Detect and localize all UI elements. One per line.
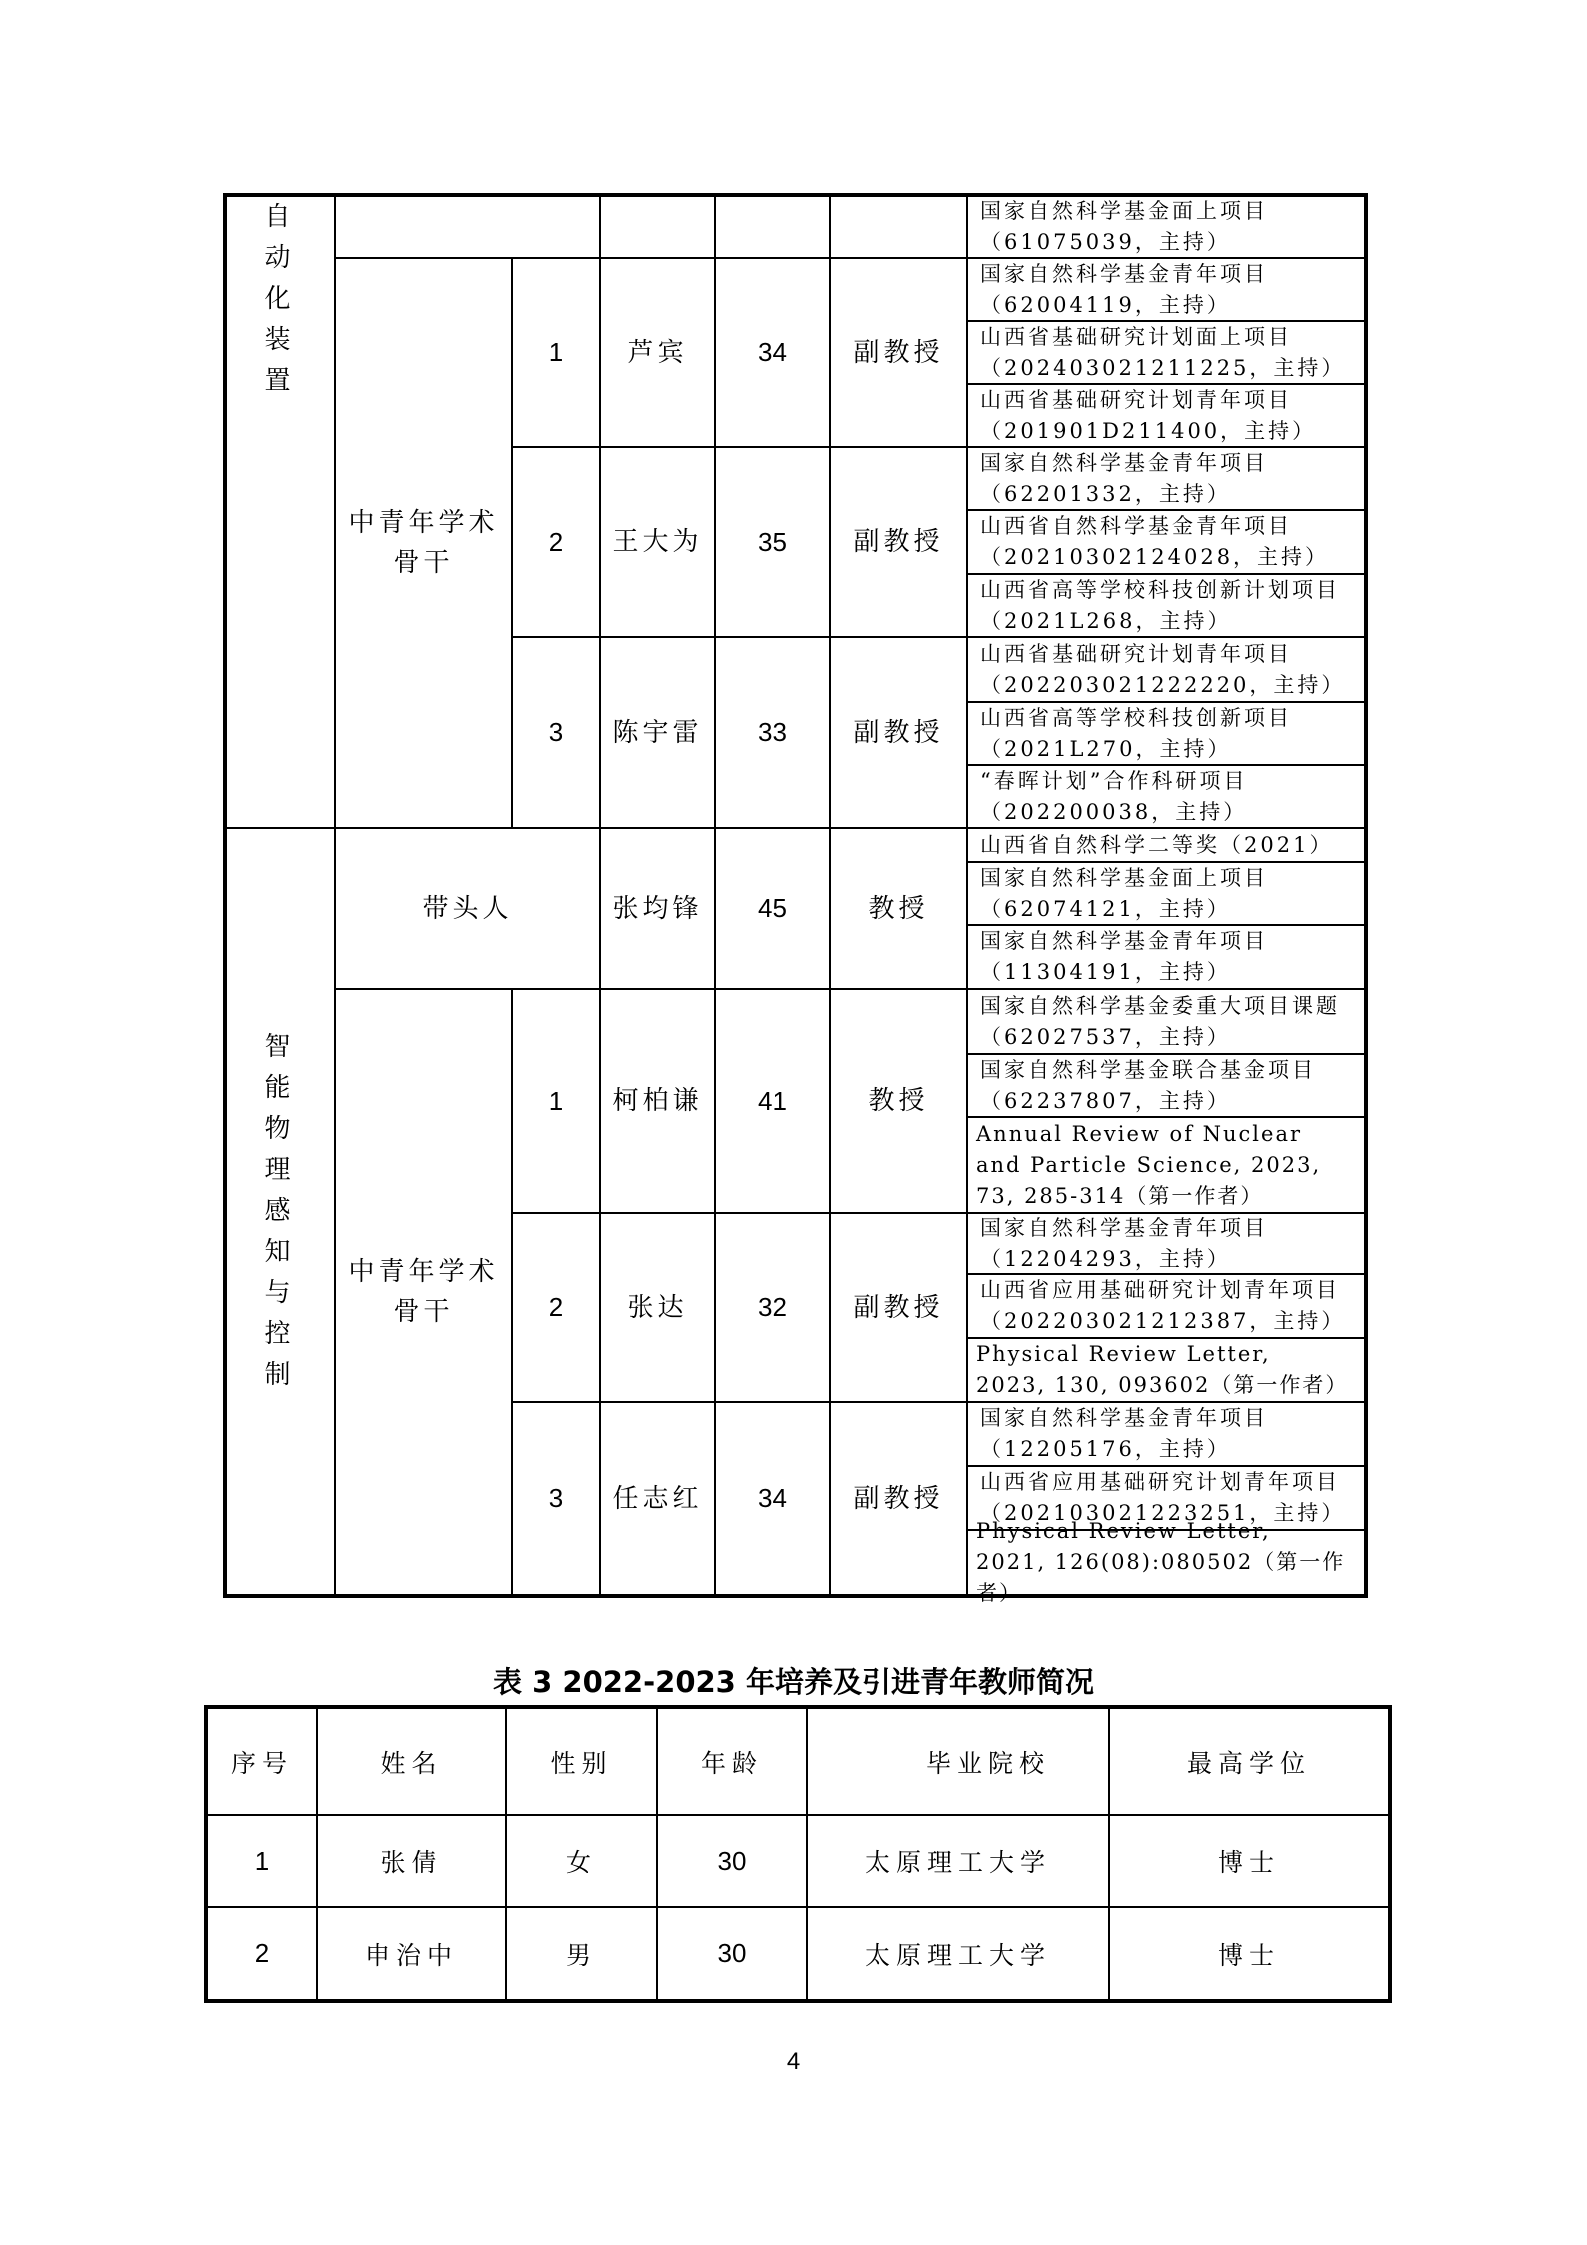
achievement-text: 国家自然科学基金青年项目（62004119，主持） xyxy=(980,259,1348,321)
column-header: 最高学位 xyxy=(1110,1709,1388,1814)
leader-age: 45 xyxy=(716,829,829,988)
achievement-cell: 山西省自然科学二等奖（2021） xyxy=(968,829,1360,861)
cell-school: 太原理工大学 xyxy=(808,1816,1108,1906)
role-label-text: 中青年学术骨干 xyxy=(349,503,499,583)
leader-title: 教授 xyxy=(831,829,966,988)
member-no: 1 xyxy=(513,990,599,1212)
cell-name: 申治中 xyxy=(318,1908,505,1999)
cell-gender: 女 xyxy=(507,1816,656,1906)
member-name: 王大为 xyxy=(601,448,714,636)
achievement-text: 国家自然科学基金委重大项目课题（62027537，主持） xyxy=(980,991,1348,1053)
member-no: 2 xyxy=(513,448,599,636)
achievement-text: 国家自然科学基金面上项目（61075039，主持） xyxy=(980,196,1348,258)
member-age: 34 xyxy=(716,259,829,446)
achievement-cell: Physical Review Letter, 2021, 126(08):08… xyxy=(966,1531,1360,1594)
achievement-text: 山西省高等学校科技创新项目（2021L270，主持） xyxy=(980,703,1348,765)
member-title: 副教授 xyxy=(831,638,966,827)
achievement-text: 国家自然科学基金青年项目（12204293，主持） xyxy=(980,1213,1348,1275)
achievement-cell: 山西省基础研究计划面上项目（202403021211225，主持） xyxy=(968,322,1360,383)
achievement-cell: 国家自然科学基金面上项目（61075039，主持） xyxy=(968,197,1360,257)
column-header: 序号 xyxy=(208,1709,316,1814)
achievement-cell: 山西省高等学校科技创新计划项目（2021L268，主持） xyxy=(968,575,1360,636)
achievement-text: 国家自然科学基金青年项目（11304191，主持） xyxy=(980,926,1348,988)
member-no: 3 xyxy=(513,1403,599,1594)
table-caption: 表 3 2022-2023 年培养及引进青年教师简况 xyxy=(0,1660,1587,1701)
achievement-cell: 国家自然科学基金青年项目（62201332，主持） xyxy=(968,448,1360,509)
achievement-text: 国家自然科学基金面上项目（62074121，主持） xyxy=(980,863,1348,925)
member-name: 陈宇雷 xyxy=(601,638,714,827)
member-age: 32 xyxy=(716,1214,829,1401)
member-no: 3 xyxy=(513,638,599,827)
member-title: 副教授 xyxy=(831,259,966,446)
achievement-cell: 山西省基础研究计划青年项目（202203021222220，主持） xyxy=(968,638,1360,701)
member-age: 33 xyxy=(716,638,829,827)
achievement-cell: 山西省自然科学基金青年项目（20210302124028，主持） xyxy=(968,511,1360,573)
member-name: 芦宾 xyxy=(601,259,714,446)
cell-school: 太原理工大学 xyxy=(808,1908,1108,1999)
achievement-cell: 山西省基础研究计划青年项目（201901D211400，主持） xyxy=(968,385,1360,446)
cell-gender: 男 xyxy=(507,1908,656,1999)
achievement-text: 山西省自然科学二等奖（2021） xyxy=(980,830,1333,861)
achievement-text: 国家自然科学基金联合基金项目（62237807，主持） xyxy=(980,1055,1348,1117)
role-label: 中青年学术骨干 xyxy=(336,259,511,827)
achievement-text: 山西省基础研究计划青年项目（201901D211400，主持） xyxy=(980,385,1348,447)
group-label: 智能物理感知与控制 xyxy=(227,829,334,1594)
role-label: 带头人 xyxy=(336,829,599,988)
achievement-text: “春晖计划”合作科研项目（202200038，主持） xyxy=(980,766,1348,828)
group-name: 智能物理感知与控制 xyxy=(251,1027,311,1396)
achievement-cell: 国家自然科学基金联合基金项目（62237807，主持） xyxy=(968,1055,1360,1116)
member-no: 1 xyxy=(513,259,599,446)
achievement-cell: 国家自然科学基金青年项目（62004119，主持） xyxy=(968,259,1360,320)
member-no: 2 xyxy=(513,1214,599,1401)
member-name: 张达 xyxy=(601,1214,714,1401)
achievement-cell: 国家自然科学基金面上项目（62074121，主持） xyxy=(968,863,1360,924)
member-name: 任志红 xyxy=(601,1403,714,1594)
achievement-cell: 国家自然科学基金委重大项目课题（62027537，主持） xyxy=(968,990,1360,1053)
achievement-text: 山西省高等学校科技创新计划项目（2021L268，主持） xyxy=(980,575,1348,637)
role-label: 中青年学术骨干 xyxy=(336,990,511,1594)
member-title: 教授 xyxy=(831,990,966,1212)
page-number: 4 xyxy=(0,2048,1587,2076)
cell-degree: 博士 xyxy=(1110,1816,1388,1906)
role-label-text: 中青年学术骨干 xyxy=(349,1252,499,1332)
achievement-cell: 国家自然科学基金青年项目（12205176，主持） xyxy=(968,1403,1360,1465)
cell-degree: 博士 xyxy=(1110,1908,1388,1999)
cell-serial: 1 xyxy=(208,1816,316,1906)
member-title: 副教授 xyxy=(831,448,966,636)
column-header: 性别 xyxy=(507,1709,656,1814)
cell-age: 30 xyxy=(658,1816,806,1906)
column-header: 年龄 xyxy=(658,1709,806,1814)
member-title: 副教授 xyxy=(831,1403,966,1594)
achievement-text: 山西省基础研究计划青年项目（202203021222220，主持） xyxy=(980,639,1348,701)
achievement-cell: 山西省高等学校科技创新项目（2021L270，主持） xyxy=(968,703,1360,764)
cell-name: 张倩 xyxy=(318,1816,505,1906)
achievement-cell: Annual Review of Nuclear and Particle Sc… xyxy=(966,1118,1360,1212)
achievement-text: 国家自然科学基金青年项目（62201332，主持） xyxy=(980,448,1348,510)
achievement-cell: “春晖计划”合作科研项目（202200038，主持） xyxy=(968,766,1360,827)
leader-name: 张均锋 xyxy=(601,829,714,988)
achievement-text: 国家自然科学基金青年项目（12205176，主持） xyxy=(980,1403,1348,1465)
achievement-text: 山西省基础研究计划面上项目（202403021211225，主持） xyxy=(980,322,1348,384)
achievement-cell: Physical Review Letter, 2023, 130, 09360… xyxy=(966,1339,1360,1401)
achievement-text: 山西省应用基础研究计划青年项目（202203021212387，主持） xyxy=(980,1275,1348,1337)
member-age: 34 xyxy=(716,1403,829,1594)
achievement-cell: 国家自然科学基金青年项目（12204293，主持） xyxy=(968,1214,1360,1273)
column-header: 毕业院校 xyxy=(808,1709,1108,1814)
column-header: 姓名 xyxy=(318,1709,505,1814)
achievement-text: 山西省自然科学基金青年项目（20210302124028，主持） xyxy=(980,511,1348,573)
group-name: 自动化装置 xyxy=(251,197,311,402)
achievement-text: Physical Review Letter, 2023, 130, 09360… xyxy=(976,1339,1348,1401)
member-name: 柯柏谦 xyxy=(601,990,714,1212)
achievement-cell: 山西省应用基础研究计划青年项目（202203021212387，主持） xyxy=(968,1275,1360,1337)
cell-age: 30 xyxy=(658,1908,806,1999)
achievement-text: Physical Review Letter, 2021, 126(08):08… xyxy=(976,1516,1348,1609)
group-label: 自动化装置 xyxy=(227,197,334,307)
member-age: 35 xyxy=(716,448,829,636)
achievement-text: Annual Review of Nuclear and Particle Sc… xyxy=(976,1119,1348,1212)
member-age: 41 xyxy=(716,990,829,1212)
cell-serial: 2 xyxy=(208,1908,316,1999)
achievement-cell: 国家自然科学基金青年项目（11304191，主持） xyxy=(968,926,1360,988)
member-title: 副教授 xyxy=(831,1214,966,1401)
